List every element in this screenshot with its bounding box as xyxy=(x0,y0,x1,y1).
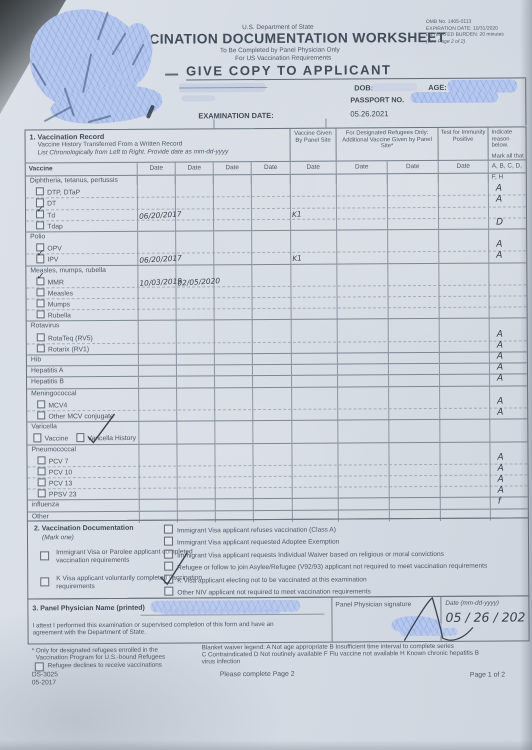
date-cell[interactable] xyxy=(388,196,439,208)
date-cell[interactable]: K1 xyxy=(291,253,337,265)
date-cell[interactable] xyxy=(253,443,292,454)
date-cell[interactable] xyxy=(139,321,177,332)
vaccine-label: Hepatitis A xyxy=(31,367,64,374)
date-cell[interactable] xyxy=(253,354,292,365)
date-cell[interactable] xyxy=(291,197,337,209)
date-cell[interactable] xyxy=(177,343,215,355)
date-cell[interactable] xyxy=(389,319,440,330)
date-cell[interactable] xyxy=(338,308,389,320)
date-cell[interactable] xyxy=(178,489,216,501)
date-cell[interactable] xyxy=(439,174,489,185)
date-cell[interactable] xyxy=(389,398,440,410)
date-cell[interactable] xyxy=(292,387,338,398)
date-cell[interactable] xyxy=(441,487,491,499)
date-cell[interactable] xyxy=(177,444,215,455)
date-cell[interactable] xyxy=(139,388,177,399)
refugee-declines-checkbox[interactable] xyxy=(35,662,44,671)
date-cell[interactable] xyxy=(389,353,440,364)
date-cell[interactable] xyxy=(338,320,389,331)
date-cell[interactable] xyxy=(337,253,388,265)
date-cell[interactable] xyxy=(254,499,293,510)
date-cell[interactable] xyxy=(252,208,291,220)
date-cell[interactable] xyxy=(177,310,215,322)
date-cell[interactable] xyxy=(339,465,390,477)
date-cell[interactable] xyxy=(252,197,291,209)
date-cell[interactable] xyxy=(215,444,253,455)
date-cell[interactable] xyxy=(292,421,338,432)
vaccine-label: Hepatitis B xyxy=(31,379,64,386)
table-title-cell: 1. Vaccination Record Vaccine History Tr… xyxy=(26,129,291,163)
date-cell[interactable] xyxy=(389,331,440,343)
date-cell[interactable] xyxy=(439,252,489,264)
date-cell[interactable] xyxy=(291,275,337,287)
date-cell[interactable] xyxy=(440,364,490,375)
date-cell[interactable] xyxy=(215,298,253,310)
date-cell[interactable] xyxy=(389,364,440,375)
date-cell[interactable] xyxy=(177,388,215,399)
date-cell[interactable] xyxy=(337,208,388,220)
date-cell[interactable] xyxy=(215,365,253,376)
date-cell[interactable] xyxy=(292,298,338,310)
form-revision: 05-2017 xyxy=(32,679,58,687)
date-cell[interactable] xyxy=(252,287,291,299)
date-cell[interactable] xyxy=(339,476,390,488)
date-cell[interactable] xyxy=(337,241,388,253)
date-cell[interactable] xyxy=(440,353,490,364)
date-cell[interactable] xyxy=(178,500,216,511)
date-cell[interactable] xyxy=(138,198,176,210)
date-cell[interactable] xyxy=(439,218,489,230)
date-cell[interactable] xyxy=(252,220,291,232)
date-cell[interactable] xyxy=(176,187,214,199)
date-cell[interactable] xyxy=(140,489,178,501)
date-cell[interactable]: 06/20/2017 xyxy=(138,209,176,221)
date-cell[interactable] xyxy=(253,309,292,321)
date-cell[interactable] xyxy=(215,343,253,355)
date-cell[interactable] xyxy=(215,354,253,365)
date-cell[interactable] xyxy=(339,499,390,510)
signature-label: Panel Physician signature xyxy=(335,601,411,608)
vaccine-checkbox[interactable]: ✓ xyxy=(36,255,44,263)
section2-checkbox[interactable] xyxy=(40,577,49,586)
date-cell[interactable] xyxy=(440,308,490,320)
date-cell[interactable] xyxy=(338,331,389,343)
date-cell[interactable] xyxy=(337,174,388,185)
date-cell[interactable] xyxy=(216,488,254,500)
date-cell[interactable] xyxy=(177,354,215,365)
date-cell[interactable] xyxy=(176,220,214,232)
date-cell[interactable] xyxy=(140,478,178,490)
date-cell[interactable] xyxy=(292,309,338,321)
mark-one-note: (Mark one) xyxy=(42,534,74,541)
redaction-physician-name-2 xyxy=(160,609,280,615)
date-cell[interactable] xyxy=(339,487,390,499)
date-cell[interactable] xyxy=(337,286,388,298)
date-cell[interactable] xyxy=(337,275,388,287)
date-cell[interactable] xyxy=(178,477,216,489)
date-cell[interactable] xyxy=(140,500,178,511)
date-cell[interactable]: Date (mm-dd-yyyy) 05 / 26 / 202 xyxy=(441,596,530,641)
blanket-waiver-legend: Blanket waiver legend: A Not age appropr… xyxy=(202,643,502,666)
date-cell[interactable] xyxy=(253,298,292,310)
date-cell[interactable] xyxy=(388,286,439,298)
date-cell[interactable] xyxy=(292,365,338,376)
date-cell[interactable] xyxy=(440,453,490,465)
date-cell[interactable] xyxy=(215,455,253,467)
date-cell[interactable] xyxy=(253,331,292,343)
date-cell[interactable] xyxy=(440,330,490,342)
date-cell[interactable] xyxy=(291,175,337,186)
date-cell[interactable] xyxy=(214,253,252,265)
vaccine-checkbox[interactable] xyxy=(37,456,45,464)
vaccine-checkbox[interactable] xyxy=(36,221,44,229)
date-cell[interactable]: 06/20/2017 xyxy=(138,254,176,266)
date-cell[interactable] xyxy=(388,263,439,274)
date-cell[interactable] xyxy=(214,220,252,232)
date-cell[interactable] xyxy=(139,310,177,322)
date-cell[interactable] xyxy=(215,388,253,399)
date-cell[interactable] xyxy=(338,443,389,454)
date-cell[interactable] xyxy=(138,187,176,199)
date-cell[interactable] xyxy=(177,421,215,432)
date-cell[interactable] xyxy=(337,219,388,231)
date-cell[interactable] xyxy=(139,422,177,433)
handwritten-reason-code: A xyxy=(497,396,503,406)
date-cell[interactable] xyxy=(177,377,215,388)
date-cell[interactable] xyxy=(291,264,337,275)
vaccine-checkbox[interactable] xyxy=(37,311,45,319)
date-cell[interactable] xyxy=(216,500,254,511)
date-cell[interactable] xyxy=(176,287,214,299)
date-cell[interactable] xyxy=(440,409,490,421)
date-cell[interactable] xyxy=(388,174,439,185)
examination-date-value[interactable]: 05.26.2021 xyxy=(350,109,388,118)
date-cell[interactable] xyxy=(139,332,177,344)
date-cell[interactable] xyxy=(139,410,177,422)
date-cell[interactable] xyxy=(253,343,292,355)
date-cell[interactable] xyxy=(441,498,491,509)
date-cell[interactable] xyxy=(252,175,291,186)
form-content: U.S. Department of State CCINATION DOCUM… xyxy=(0,0,532,750)
date-cell[interactable] xyxy=(216,466,254,478)
date-cell[interactable] xyxy=(291,242,337,254)
vaccine-checkbox[interactable] xyxy=(38,478,46,486)
date-cell[interactable] xyxy=(389,409,440,421)
date-cell[interactable] xyxy=(440,297,490,309)
vaccine-checkbox[interactable] xyxy=(38,490,46,498)
date-cell[interactable] xyxy=(292,443,338,454)
date-cell[interactable] xyxy=(390,476,441,488)
date-cell[interactable] xyxy=(176,198,214,210)
date-cell[interactable] xyxy=(389,342,440,354)
date-cell[interactable] xyxy=(138,231,176,242)
handwritten-reason-code: D xyxy=(496,217,503,227)
checkmark: ✓ xyxy=(36,205,44,216)
date-cell[interactable]: 02/05/2020 xyxy=(176,276,214,288)
date-cell[interactable] xyxy=(215,410,253,422)
date-cell[interactable] xyxy=(293,465,339,477)
section2-option-label: Immigrant Visa applicant requested Adopt… xyxy=(177,539,339,547)
date-cell[interactable]: 10/03/2019 xyxy=(138,276,176,288)
photographed-form: U.S. Department of State CCINATION DOCUM… xyxy=(0,0,532,750)
vaccine-checkbox[interactable]: ✓ xyxy=(36,210,44,218)
date-cell[interactable] xyxy=(292,354,338,365)
date-cell[interactable] xyxy=(389,442,440,453)
form-subtitle-2: For US Vaccination Requirements xyxy=(235,55,331,63)
date-cell[interactable] xyxy=(253,421,292,432)
date-cell[interactable] xyxy=(389,454,440,466)
date-cell[interactable] xyxy=(293,477,339,489)
vaccine-checkbox[interactable] xyxy=(36,288,44,296)
date-cell[interactable] xyxy=(215,332,253,344)
vaccine-checkbox[interactable] xyxy=(36,188,44,196)
date-cell[interactable] xyxy=(253,320,292,331)
date-cell[interactable] xyxy=(254,488,293,500)
date-cell[interactable] xyxy=(139,299,177,311)
date-cell[interactable] xyxy=(337,230,388,241)
date-cell[interactable] xyxy=(252,231,291,242)
col-panel-site: Vaccine Given By Panel Site xyxy=(290,129,336,161)
date-cell[interactable] xyxy=(338,409,389,421)
vaccine-name-cell: Pneumococcal xyxy=(27,444,139,456)
date-cell[interactable] xyxy=(338,398,389,410)
vaccine-checkbox[interactable] xyxy=(37,411,45,419)
date-cell[interactable] xyxy=(140,466,178,478)
section2-checkbox[interactable] xyxy=(40,551,49,560)
date-cell[interactable] xyxy=(176,175,214,186)
date-cell[interactable] xyxy=(177,365,215,376)
date-cell[interactable] xyxy=(439,263,489,274)
date-cell[interactable] xyxy=(440,386,490,397)
date-cell[interactable] xyxy=(139,366,177,377)
date-cell[interactable] xyxy=(176,265,214,276)
date-cell[interactable] xyxy=(440,319,490,330)
date-cell[interactable] xyxy=(338,454,389,466)
date-cell[interactable] xyxy=(254,477,293,489)
handwritten-reason-code: A xyxy=(497,363,503,373)
date-cell[interactable] xyxy=(253,455,292,467)
date-cell[interactable] xyxy=(439,230,489,241)
date-cell[interactable] xyxy=(388,219,439,231)
date-cell[interactable] xyxy=(214,231,252,242)
date-cell[interactable] xyxy=(338,364,389,375)
redaction-small xyxy=(181,95,215,101)
date-cell[interactable] xyxy=(177,399,215,411)
date-cell[interactable] xyxy=(390,498,441,509)
date-cell[interactable] xyxy=(138,287,176,299)
date-cell[interactable] xyxy=(440,442,490,453)
date-cell[interactable] xyxy=(138,265,176,276)
section2-checkbox[interactable] xyxy=(164,562,173,571)
date-cell[interactable] xyxy=(292,376,338,387)
vaccine-checkbox[interactable]: ✓ xyxy=(36,277,44,285)
date-cell[interactable] xyxy=(214,242,252,254)
date-cell[interactable] xyxy=(291,286,337,298)
date-cell[interactable] xyxy=(139,377,177,388)
date-cell[interactable] xyxy=(439,207,489,219)
date-cell[interactable] xyxy=(139,444,177,455)
date-cell[interactable] xyxy=(215,421,253,432)
date-cell[interactable] xyxy=(139,355,177,366)
date-cell[interactable] xyxy=(338,376,389,387)
date-cell[interactable] xyxy=(338,353,389,364)
date-cell[interactable] xyxy=(388,230,439,241)
date-cell[interactable] xyxy=(440,420,490,431)
date-cell[interactable] xyxy=(388,185,439,197)
date-cell[interactable] xyxy=(388,252,439,264)
vaccine-checkbox[interactable] xyxy=(76,433,84,441)
vaccine-checkbox[interactable] xyxy=(33,434,41,442)
date-cell[interactable] xyxy=(293,499,339,510)
physician-name-cell: 3. Panel Physician Name (printed) I atte… xyxy=(28,598,332,644)
date-cell[interactable] xyxy=(139,343,177,355)
date-cell[interactable] xyxy=(177,410,215,422)
vaccine-label: Varicella xyxy=(31,423,57,430)
handwritten-date: 05 / 26 / 202 xyxy=(445,609,525,624)
date-cell[interactable] xyxy=(214,186,252,198)
date-cell[interactable] xyxy=(138,176,176,187)
checkmark: ✓ xyxy=(36,272,44,283)
date-cell[interactable] xyxy=(252,253,291,265)
date-cell[interactable] xyxy=(214,287,252,299)
date-cell[interactable] xyxy=(292,398,338,410)
date-cell[interactable] xyxy=(215,321,253,332)
date-cell[interactable] xyxy=(439,286,489,298)
date-cell[interactable] xyxy=(139,399,177,411)
date-cell[interactable] xyxy=(388,208,439,220)
date-cell[interactable] xyxy=(293,488,339,500)
date-cell[interactable] xyxy=(338,420,389,431)
date-cell[interactable] xyxy=(292,454,338,466)
date-cell[interactable] xyxy=(215,309,253,321)
vaccine-checkbox[interactable] xyxy=(38,467,46,475)
date-cell[interactable] xyxy=(253,387,292,398)
examination-date-label: EXAMINATION DATE: xyxy=(198,112,273,120)
attest-line-2: agreement with the Department of State. xyxy=(33,628,325,637)
date-cell[interactable] xyxy=(177,433,215,445)
date-cell[interactable] xyxy=(388,241,439,253)
date-cell[interactable] xyxy=(441,476,491,488)
vaccine-checkbox[interactable] xyxy=(37,299,45,307)
date-cell[interactable] xyxy=(390,487,441,499)
date-cell[interactable] xyxy=(389,375,440,386)
vaccine-label: PCV 10 xyxy=(49,469,72,476)
date-cell[interactable] xyxy=(138,243,176,255)
date-cell[interactable] xyxy=(253,410,292,422)
date-cell[interactable] xyxy=(215,432,253,444)
date-cell[interactable] xyxy=(215,399,253,411)
date-cell[interactable] xyxy=(139,433,177,445)
date-cell[interactable] xyxy=(214,209,252,221)
date-cell[interactable] xyxy=(291,219,337,231)
date-cell[interactable] xyxy=(253,432,292,444)
date-cell[interactable] xyxy=(440,431,490,443)
vaccine-name-cell: Hepatitis A xyxy=(27,366,139,377)
vaccine-label: Meningococcal xyxy=(31,390,76,397)
date-cell[interactable] xyxy=(388,275,439,287)
date-cell[interactable] xyxy=(389,386,440,397)
date-cell[interactable] xyxy=(138,220,176,232)
date-cell[interactable] xyxy=(389,431,440,443)
section2-checkbox[interactable] xyxy=(164,587,173,596)
date-cell[interactable] xyxy=(439,185,489,197)
date-cell[interactable] xyxy=(253,399,292,411)
date-cell[interactable] xyxy=(440,397,490,409)
date-cell[interactable] xyxy=(338,432,389,444)
date-cell[interactable] xyxy=(292,432,338,444)
signature-cell[interactable]: Panel Physician signature xyxy=(332,597,441,642)
date-cell[interactable] xyxy=(177,455,215,467)
section2-checkbox[interactable] xyxy=(164,537,173,546)
date-cell[interactable] xyxy=(337,197,388,209)
date-cell[interactable] xyxy=(139,455,177,467)
date-cell[interactable] xyxy=(177,298,215,310)
date-cell[interactable] xyxy=(338,297,389,309)
date-cell[interactable] xyxy=(389,308,440,320)
date-cell[interactable] xyxy=(440,341,490,353)
handwritten-date-entry: 06/20/2017 xyxy=(139,209,182,220)
date-cell[interactable] xyxy=(439,241,489,253)
date-cell[interactable] xyxy=(439,274,489,286)
date-cell[interactable] xyxy=(292,320,338,331)
date-cell[interactable] xyxy=(390,465,441,477)
date-cell[interactable] xyxy=(177,332,215,344)
date-cell[interactable] xyxy=(177,321,215,332)
date-cell[interactable] xyxy=(176,231,214,242)
date-cell[interactable] xyxy=(291,186,337,198)
form-subtitle-1: To Be Completed by Panel Physician Only xyxy=(220,47,340,55)
date-cell[interactable] xyxy=(440,375,490,386)
date-cell[interactable] xyxy=(292,409,338,421)
date-cell[interactable] xyxy=(214,265,252,276)
date-cell[interactable] xyxy=(338,342,389,354)
date-cell[interactable] xyxy=(439,196,489,208)
date-cell[interactable] xyxy=(253,376,292,387)
date-cell[interactable] xyxy=(337,185,388,197)
date-cell[interactable] xyxy=(253,365,292,376)
vaccine-checkbox[interactable] xyxy=(37,344,45,352)
date-cell[interactable] xyxy=(215,376,253,387)
section2-checkbox[interactable] xyxy=(164,549,173,558)
date-cell[interactable] xyxy=(252,186,291,198)
date-cell[interactable] xyxy=(292,331,338,343)
date-cell[interactable] xyxy=(214,197,252,209)
date-cell[interactable] xyxy=(252,264,291,275)
date-cell[interactable] xyxy=(291,231,337,242)
date-cell[interactable]: K1 xyxy=(291,208,337,220)
date-cell[interactable] xyxy=(214,175,252,186)
date-cell[interactable] xyxy=(389,420,440,431)
section2-checkbox[interactable] xyxy=(164,525,173,534)
section2-checkbox[interactable] xyxy=(164,574,173,583)
date-cell[interactable] xyxy=(389,297,440,309)
vaccine-label: PCV 13 xyxy=(49,480,72,487)
date-cell[interactable] xyxy=(216,477,254,489)
date-cell[interactable] xyxy=(337,264,388,275)
vaccination-record-table: 1. Vaccination Record Vaccine History Tr… xyxy=(24,126,528,521)
date-cell[interactable] xyxy=(441,465,491,477)
date-cell[interactable] xyxy=(338,387,389,398)
date-cell[interactable] xyxy=(252,276,291,288)
footnote-line-2: Vaccination Program for U.S.-bound Refug… xyxy=(32,654,165,662)
date-cell[interactable] xyxy=(252,242,291,254)
vaccine-checkbox[interactable] xyxy=(37,333,45,341)
date-cell[interactable] xyxy=(292,342,338,354)
date-cell[interactable] xyxy=(254,466,293,478)
date-cell[interactable] xyxy=(178,466,216,478)
vaccine-checkbox[interactable] xyxy=(37,400,45,408)
complete-page-note: Please complete Page 2 xyxy=(220,671,295,678)
